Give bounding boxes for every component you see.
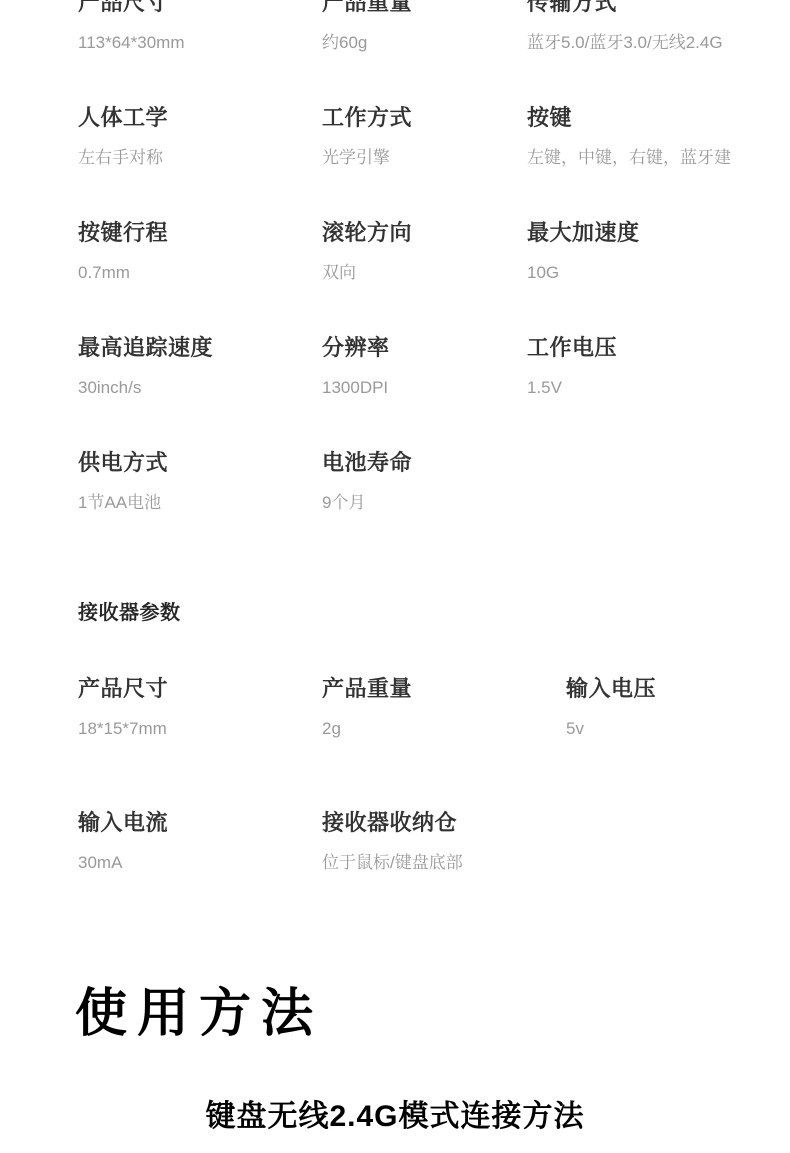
spec-label: 按键 xyxy=(527,107,790,129)
spec-value: 光学引擎 xyxy=(322,148,527,167)
spec-label: 供电方式 xyxy=(78,452,322,474)
receiver-spec-grid: 产品尺寸 18*15*7mm 产品重量 2g 输入电压 5v 输入电流 30mA… xyxy=(0,678,790,872)
spec-value: 约60g xyxy=(322,33,527,52)
spec-label: 传输方式 xyxy=(527,0,790,14)
spec-value: 蓝牙5.0/蓝牙3.0/无线2.4G xyxy=(527,33,790,52)
spec-value: 位于鼠标/键盘底部 xyxy=(322,853,566,872)
spec-label: 分辨率 xyxy=(322,337,527,359)
spec-item: 工作方式 光学引擎 xyxy=(322,107,527,167)
spec-item: 产品重量 2g xyxy=(322,678,566,738)
spec-value: 0.7mm xyxy=(78,263,322,282)
spec-item: 电池寿命 9个月 xyxy=(322,452,527,512)
spec-label: 输入电压 xyxy=(566,678,790,700)
spec-label: 电池寿命 xyxy=(322,452,527,474)
usage-connection-subtitle: 键盘无线2.4G模式连接方法 xyxy=(0,1100,790,1134)
spec-value: 113*64*30mm xyxy=(78,33,322,52)
product-detail-page: 产品尺寸 113*64*30mm 产品重量 约60g 传输方式 蓝牙5.0/蓝牙… xyxy=(0,0,790,1153)
spec-value: 双向 xyxy=(322,263,527,282)
spec-value: 1.5V xyxy=(527,378,790,397)
spec-item: 人体工学 左右手对称 xyxy=(78,107,322,167)
spec-item: 最大加速度 10G xyxy=(527,222,790,282)
spec-value: 30mA xyxy=(78,853,322,872)
spec-value: 9个月 xyxy=(322,493,527,512)
spec-item: 分辨率 1300DPI xyxy=(322,337,527,397)
spec-value: 30inch/s xyxy=(78,378,322,397)
receiver-section-heading: 接收器参数 xyxy=(0,603,790,624)
spec-value: 18*15*7mm xyxy=(78,719,322,738)
mouse-spec-grid: 产品尺寸 113*64*30mm 产品重量 约60g 传输方式 蓝牙5.0/蓝牙… xyxy=(0,0,790,512)
spec-label: 工作电压 xyxy=(527,337,790,359)
spec-item: 供电方式 1节AA电池 xyxy=(78,452,322,512)
spec-value: 5v xyxy=(566,719,790,738)
spec-label: 最高追踪速度 xyxy=(78,337,322,359)
spec-label: 按键行程 xyxy=(78,222,322,244)
spec-label: 接收器收纳仓 xyxy=(322,812,566,834)
spec-label: 产品尺寸 xyxy=(78,678,322,700)
spec-value: 左右手对称 xyxy=(78,148,322,167)
spec-label: 产品重量 xyxy=(322,0,527,14)
spec-item: 最高追踪速度 30inch/s xyxy=(78,337,322,397)
spec-item: 产品尺寸 113*64*30mm xyxy=(78,0,322,52)
spec-value: 左键，中键，右键，蓝牙建 xyxy=(527,148,790,167)
spec-item: 传输方式 蓝牙5.0/蓝牙3.0/无线2.4G xyxy=(527,0,790,52)
spec-item: 工作电压 1.5V xyxy=(527,337,790,397)
spec-item: 产品重量 约60g xyxy=(322,0,527,52)
spec-label: 人体工学 xyxy=(78,107,322,129)
spec-item: 按键 左键，中键，右键，蓝牙建 xyxy=(527,107,790,167)
spec-value: 1节AA电池 xyxy=(78,493,322,512)
spec-item: 按键行程 0.7mm xyxy=(78,222,322,282)
usage-section-title: 使用方法 xyxy=(0,985,790,1043)
spec-item: 输入电压 5v xyxy=(566,678,790,738)
spec-item: 接收器收纳仓 位于鼠标/键盘底部 xyxy=(322,812,566,872)
spec-label: 产品重量 xyxy=(322,678,566,700)
spec-value: 10G xyxy=(527,263,790,282)
spec-item: 产品尺寸 18*15*7mm xyxy=(78,678,322,738)
spec-value: 2g xyxy=(322,719,566,738)
spec-label: 产品尺寸 xyxy=(78,0,322,14)
spec-label: 最大加速度 xyxy=(527,222,790,244)
spec-item: 输入电流 30mA xyxy=(78,812,322,872)
spec-item: 滚轮方向 双向 xyxy=(322,222,527,282)
spec-label: 滚轮方向 xyxy=(322,222,527,244)
spec-value: 1300DPI xyxy=(322,378,527,397)
spec-label: 工作方式 xyxy=(322,107,527,129)
spec-label: 输入电流 xyxy=(78,812,322,834)
